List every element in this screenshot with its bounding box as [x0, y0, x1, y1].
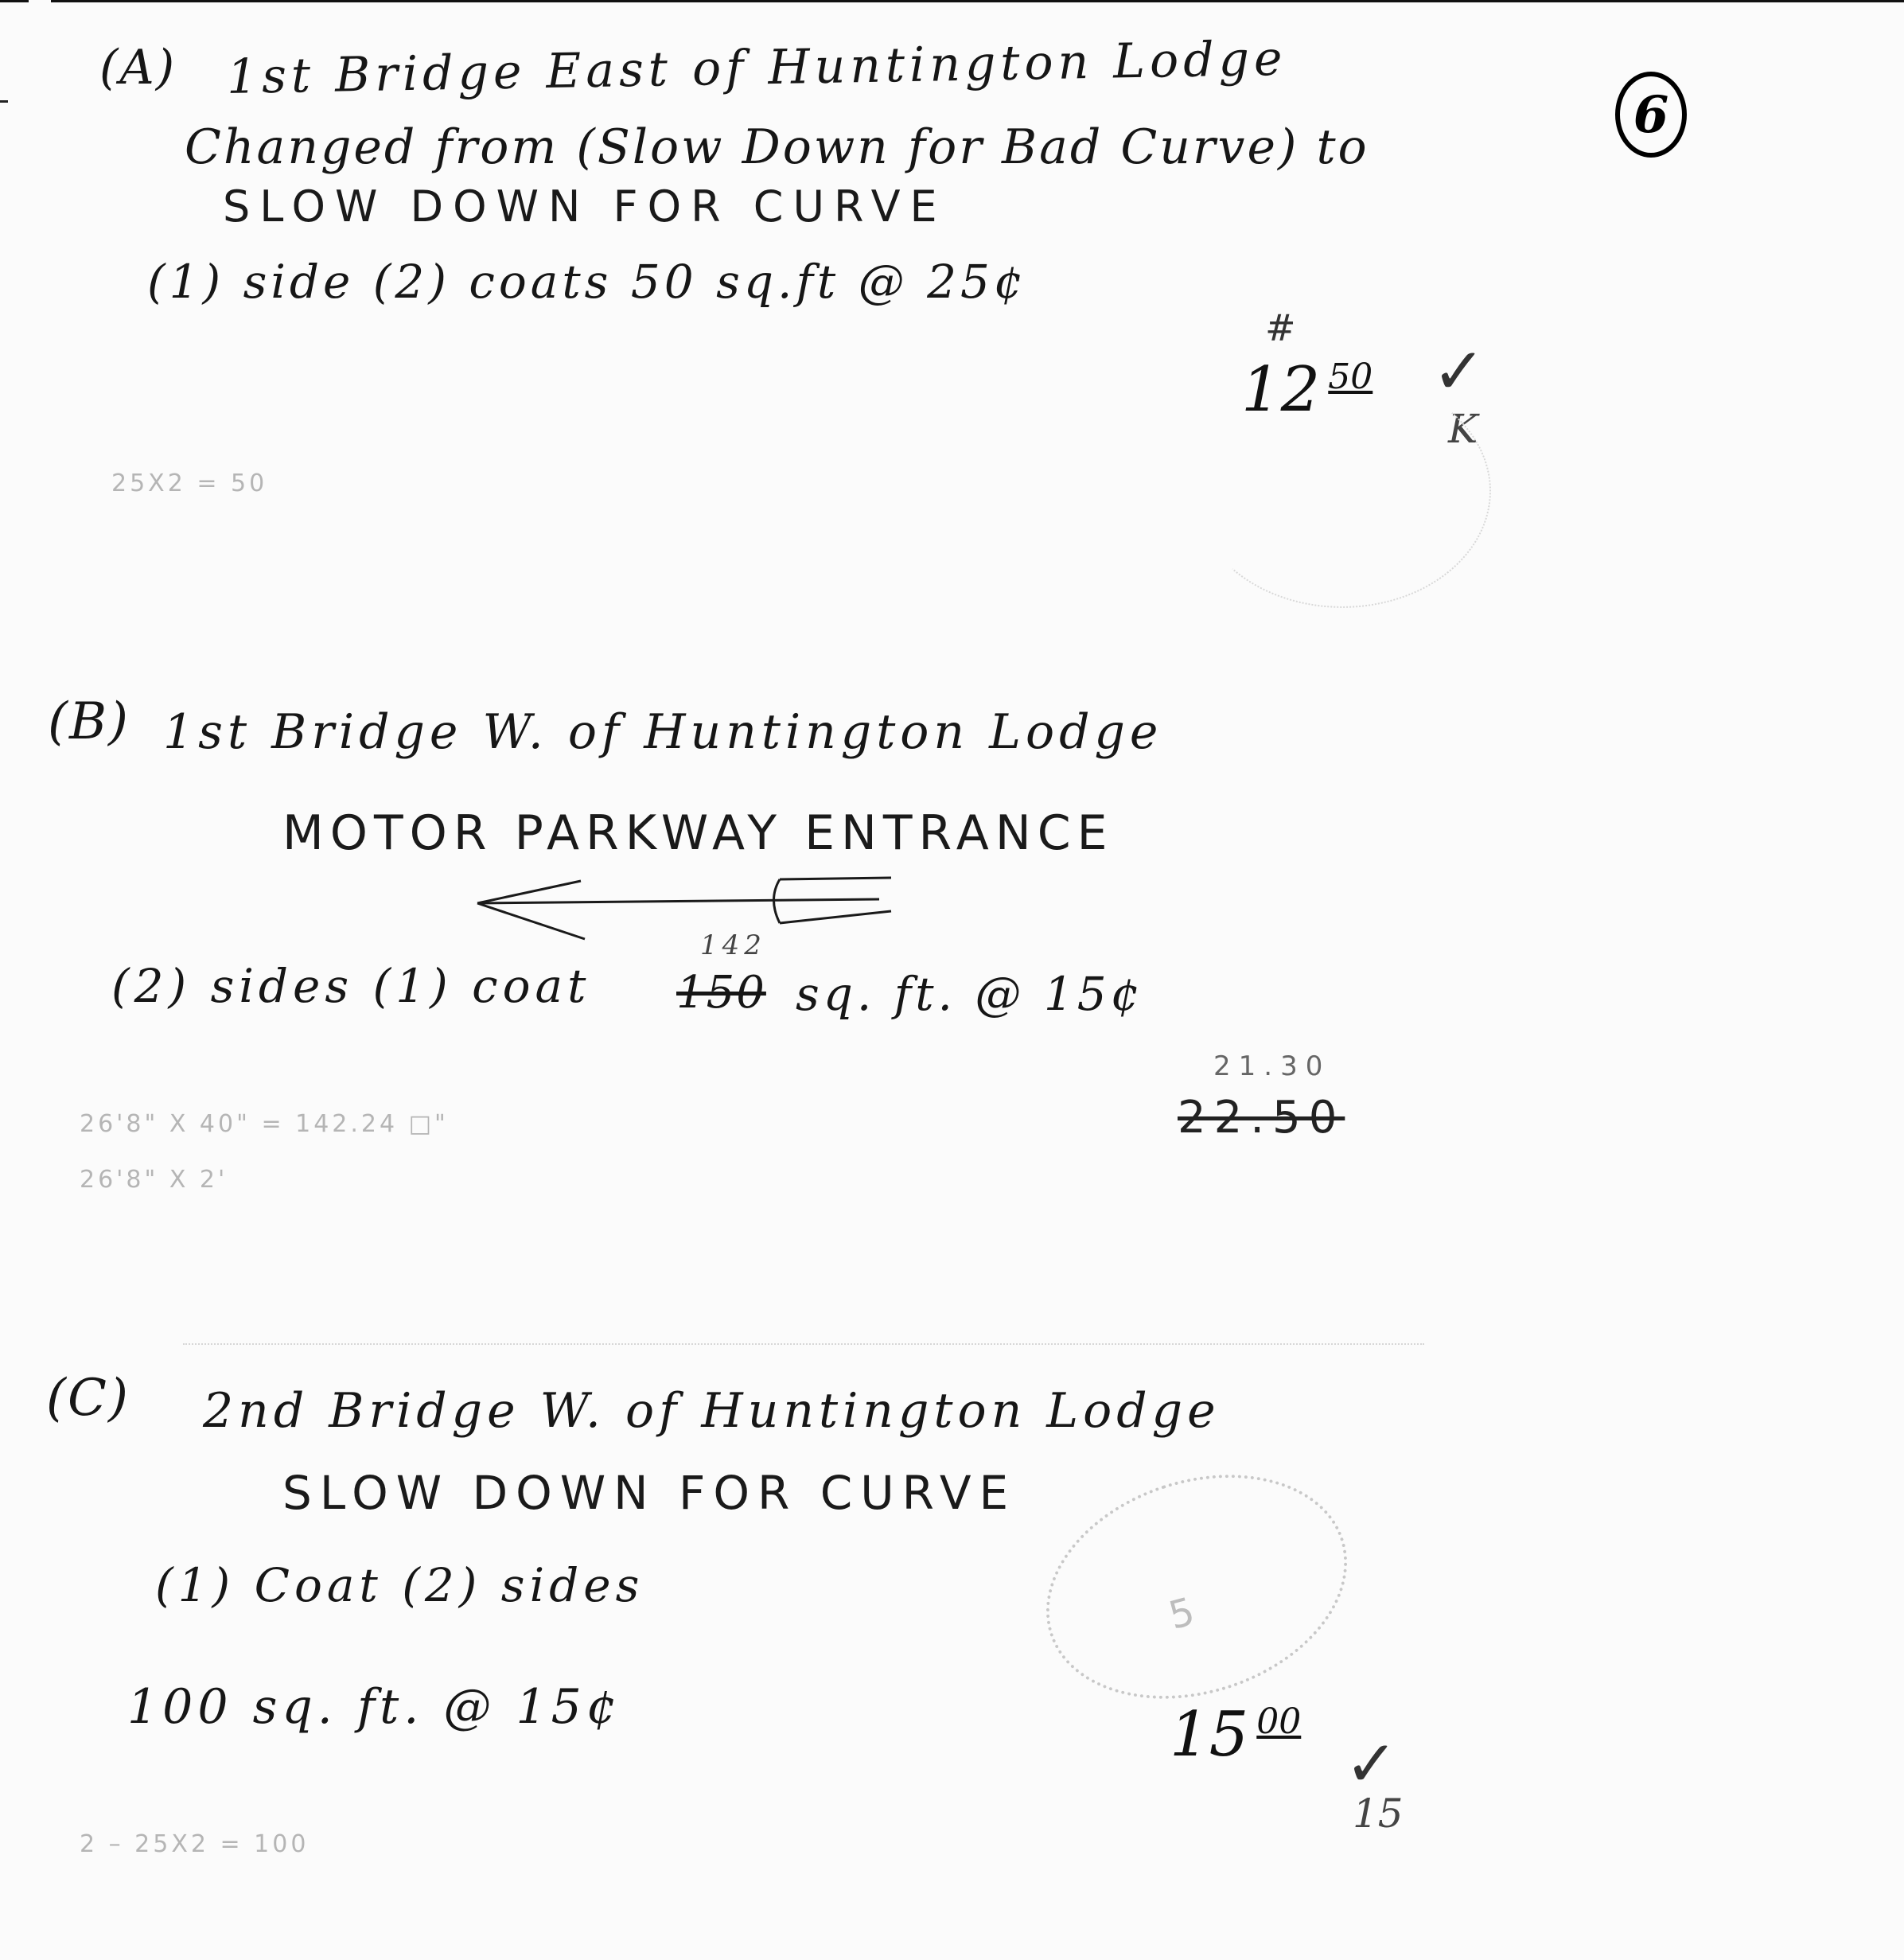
section-c-amount-dollars: 15 — [1170, 1699, 1248, 1771]
section-c-amount-cents: 00 — [1256, 1701, 1301, 1742]
section-c-amount: 1500 — [1170, 1699, 1301, 1771]
page-number-circled: 6 — [1615, 72, 1687, 158]
section-b-location: 1st Bridge W. of Huntington Lodge — [163, 704, 1162, 760]
scan-edge-gap — [29, 0, 51, 3]
faint-stamp-arc — [1193, 374, 1491, 608]
section-b-sign-text: MOTOR PARKWAY ENTRANCE — [282, 805, 1114, 861]
section-b-spec-prefix: (2) sides (1) coat — [111, 959, 590, 1013]
section-a-location: 1st Bridge East of Huntington Lodge — [226, 31, 1287, 105]
section-b-amount-struck: 22.50 — [1178, 1092, 1345, 1144]
section-c-sign-text: SLOW DOWN FOR CURVE — [282, 1466, 1016, 1520]
faint-divider — [183, 1343, 1424, 1346]
section-b-pencil-calc-1: 26'8" X 40" = 142.24 □" — [80, 1110, 449, 1138]
section-b-area-corrected: 142 — [700, 929, 766, 961]
arrow-left-icon — [473, 871, 903, 943]
section-a-label: (A) — [99, 40, 176, 95]
section-a-amount-mark: # — [1265, 306, 1298, 349]
section-a-pencil-calc: 25X2 = 50 — [111, 470, 267, 497]
section-b-area-struck: 150 — [676, 967, 766, 1019]
scan-edge — [0, 0, 1904, 2]
section-c-initials: 15 — [1353, 1790, 1404, 1837]
section-c-spec: (1) Coat (2) sides — [155, 1558, 644, 1612]
scan-mark — [0, 100, 8, 103]
section-b-amount-corrected: 21.30 — [1213, 1050, 1330, 1082]
section-b-label: (B) — [48, 692, 130, 751]
section-b-pencil-calc-2: 26'8" X 2' — [80, 1166, 228, 1194]
section-b-spec-suffix: sq. ft. @ 15¢ — [796, 967, 1144, 1021]
section-c-rate: 100 sq. ft. @ 15¢ — [127, 1679, 621, 1735]
received-stamp — [1017, 1438, 1376, 1736]
section-a-check-icon: ✓ — [1432, 334, 1485, 408]
section-c-location: 2nd Bridge W. of Huntington Lodge — [203, 1383, 1221, 1439]
section-c-pencil-calc: 2 – 25X2 = 100 — [80, 1830, 309, 1858]
section-c-label: (C) — [46, 1369, 130, 1428]
section-a-spec: (1) side (2) coats 50 sq.ft @ 25¢ — [147, 255, 1027, 309]
section-a-sign-text: SLOW DOWN FOR CURVE — [223, 181, 947, 232]
section-a-note: Changed from (Slow Down for Bad Curve) t… — [185, 119, 1369, 175]
page-number: 6 — [1633, 85, 1669, 145]
